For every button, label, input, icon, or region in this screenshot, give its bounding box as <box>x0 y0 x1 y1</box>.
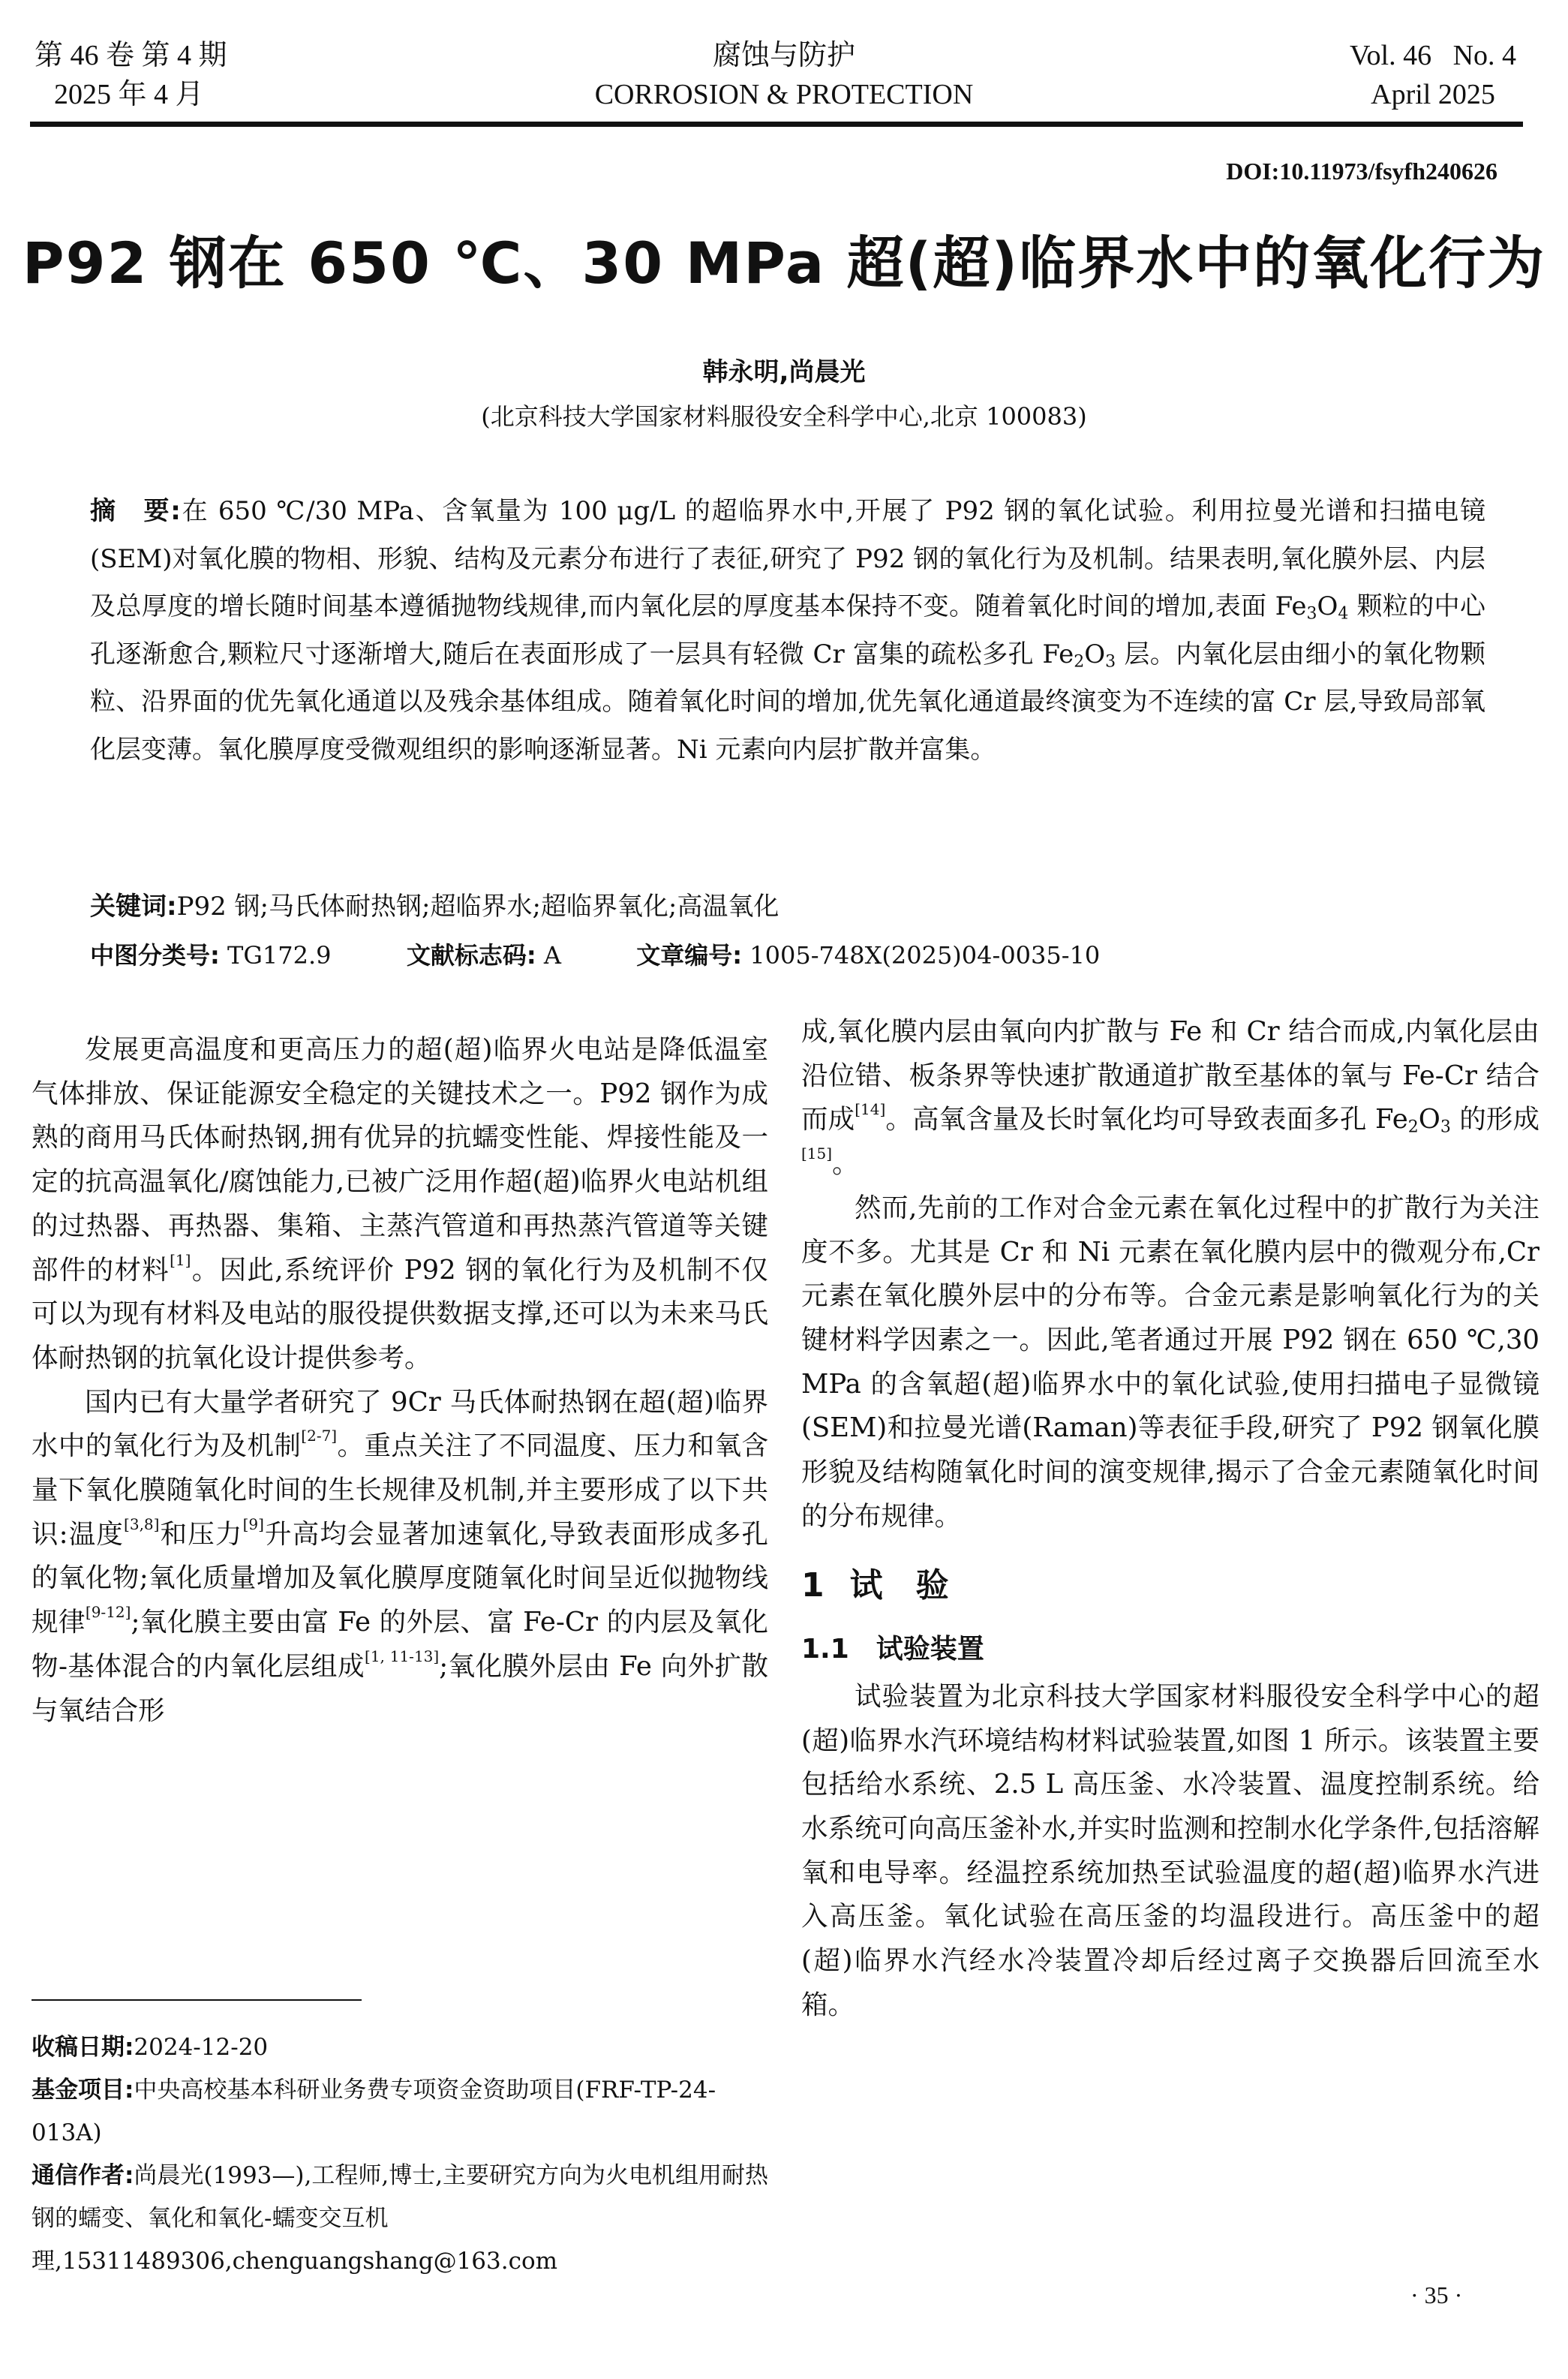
running-header-journal: 腐蚀与防护 CORROSION & PROTECTION <box>0 36 1568 114</box>
paragraph: 试验装置为北京科技大学国家材料服役安全科学中心的超(超)临界水汽环境结构材料试验… <box>801 1675 1539 2028</box>
section-title: 试验装置 <box>876 1634 984 1665</box>
citation[interactable]: [9] <box>243 1515 264 1533</box>
paragraph-text: 和压力 <box>159 1519 242 1550</box>
clc-label: 中图分类号: <box>90 941 220 970</box>
abstract-text: O <box>1084 639 1105 669</box>
running-header-right: Vol. 46 No. 4 April 2025 <box>1335 36 1530 114</box>
footnote-rule <box>32 1999 362 2001</box>
paragraph: 发展更高温度和更高压力的超(超)临界火电站是降低温室气体排放、保证能源安全稳定的… <box>32 1028 768 1381</box>
corr-value: 尚晨光(1993—),工程师,博士,主要研究方向为火电机组用耐热钢的蠕变、氧化和… <box>32 2162 768 2275</box>
abstract-text: 在 650 ℃/30 MPa、含氧量为 100 μg/L 的超临界水中,开展了 … <box>90 496 1485 621</box>
section-number: 1.1 <box>801 1634 849 1665</box>
received-value: 2024-12-20 <box>134 2034 268 2061</box>
abstract-label: 摘 要: <box>90 496 181 526</box>
subscript: 2 <box>1074 652 1084 671</box>
paragraph-text: 。高氧含量及长时氧化均可导致表面多孔 Fe <box>885 1104 1407 1135</box>
citation[interactable]: [2-7] <box>301 1427 337 1445</box>
fund-label: 基金项目: <box>32 2077 134 2104</box>
citation[interactable]: [3,8] <box>124 1515 159 1533</box>
paragraph-text: 发展更高温度和更高压力的超(超)临界火电站是降低温室气体排放、保证能源安全稳定的… <box>32 1034 768 1286</box>
body-column-left: 发展更高温度和更高压力的超(超)临界火电站是降低温室气体排放、保证能源安全稳定的… <box>32 1028 768 1733</box>
keywords-value: P92 钢;马氏体耐热钢;超临界水;超临界氧化;高温氧化 <box>177 892 779 922</box>
keywords-label: 关键词: <box>90 892 177 922</box>
clc-value: TG172.9 <box>227 941 332 970</box>
received-date: 收稿日期:2024-12-20 <box>32 2026 774 2069</box>
subscript: 3 <box>1440 1118 1451 1137</box>
section-number: 1 <box>801 1566 825 1605</box>
subscript: 2 <box>1408 1118 1419 1137</box>
doc-code-value: A <box>544 941 561 970</box>
fund-project: 基金项目:中央高校基本科研业务费专项资金资助项目(FRF-TP-24-013A) <box>32 2069 774 2155</box>
citation[interactable]: [1] <box>170 1251 191 1269</box>
citation[interactable]: [1, 11-13] <box>365 1647 439 1665</box>
keywords: 关键词:P92 钢;马氏体耐热钢;超临界水;超临界氧化;高温氧化 <box>90 884 1485 929</box>
subscript: 4 <box>1338 605 1348 624</box>
abstract-text: O <box>1317 591 1338 621</box>
date-en: April 2025 <box>1335 75 1530 114</box>
paragraph-text: 的形成 <box>1451 1104 1539 1135</box>
doc-code-label: 文献标志码: <box>407 941 536 970</box>
journal-name-cn: 腐蚀与防护 <box>0 36 1568 75</box>
header-rule <box>30 122 1523 127</box>
doi[interactable]: DOI:10.11973/fsyfh240626 <box>1226 158 1497 185</box>
affiliation: (北京科技大学国家材料服役安全科学中心,北京 100083) <box>0 398 1568 432</box>
section-heading-1: 1试 验 <box>801 1564 1539 1608</box>
footnotes: 收稿日期:2024-12-20 基金项目:中央高校基本科研业务费专项资金资助项目… <box>32 2026 774 2283</box>
article-no-value: 1005-748X(2025)04-0035-10 <box>749 941 1100 970</box>
paragraph: 然而,先前的工作对合金元素在氧化过程中的扩散行为关注度不多。尤其是 Cr 和 N… <box>801 1186 1539 1539</box>
section-title: 试 验 <box>850 1566 949 1605</box>
section-heading-1-1: 1.1试验装置 <box>801 1628 1539 1672</box>
abstract: 摘 要:在 650 ℃/30 MPa、含氧量为 100 μg/L 的超临界水中,… <box>90 488 1485 774</box>
received-label: 收稿日期: <box>32 2034 134 2061</box>
subscript: 3 <box>1105 652 1116 671</box>
article-title: P92 钢在 650 ℃、30 MPa 超(超)临界水中的氧化行为 <box>0 218 1568 299</box>
journal-name-en: CORROSION & PROTECTION <box>0 75 1568 114</box>
paragraph-text: O <box>1419 1104 1440 1135</box>
authors: 韩永明,尚晨光 <box>0 351 1568 388</box>
subscript: 3 <box>1307 605 1317 624</box>
classification-line: 中图分类号: TG172.9 文献标志码: A 文章编号: 1005-748X(… <box>90 937 1485 974</box>
citation[interactable]: [9-12] <box>86 1603 131 1621</box>
volume-issue-en: Vol. 46 No. 4 <box>1335 36 1530 75</box>
paragraph: 国内已有大量学者研究了 9Cr 马氏体耐热钢在超(超)临界水中的氧化行为及机制[… <box>32 1381 768 1734</box>
corresponding-author: 通信作者:尚晨光(1993—),工程师,博士,主要研究方向为火电机组用耐热钢的蠕… <box>32 2155 774 2283</box>
paragraph: 成,氧化膜内层由氧向内扩散与 Fe 和 Cr 结合而成,内氧化层由沿位错、板条界… <box>801 1010 1539 1186</box>
paragraph-text: 。 <box>832 1148 859 1179</box>
page-number: · 35 · <box>1410 2281 1462 2309</box>
citation[interactable]: [15] <box>801 1144 832 1162</box>
citation[interactable]: [14] <box>855 1100 885 1118</box>
article-no-label: 文章编号: <box>636 941 742 970</box>
fund-value: 中央高校基本科研业务费专项资金资助项目(FRF-TP-24-013A) <box>32 2077 716 2146</box>
body-column-right: 成,氧化膜内层由氧向内扩散与 Fe 和 Cr 结合而成,内氧化层由沿位错、板条界… <box>801 1010 1539 2027</box>
corr-label: 通信作者: <box>32 2162 134 2189</box>
